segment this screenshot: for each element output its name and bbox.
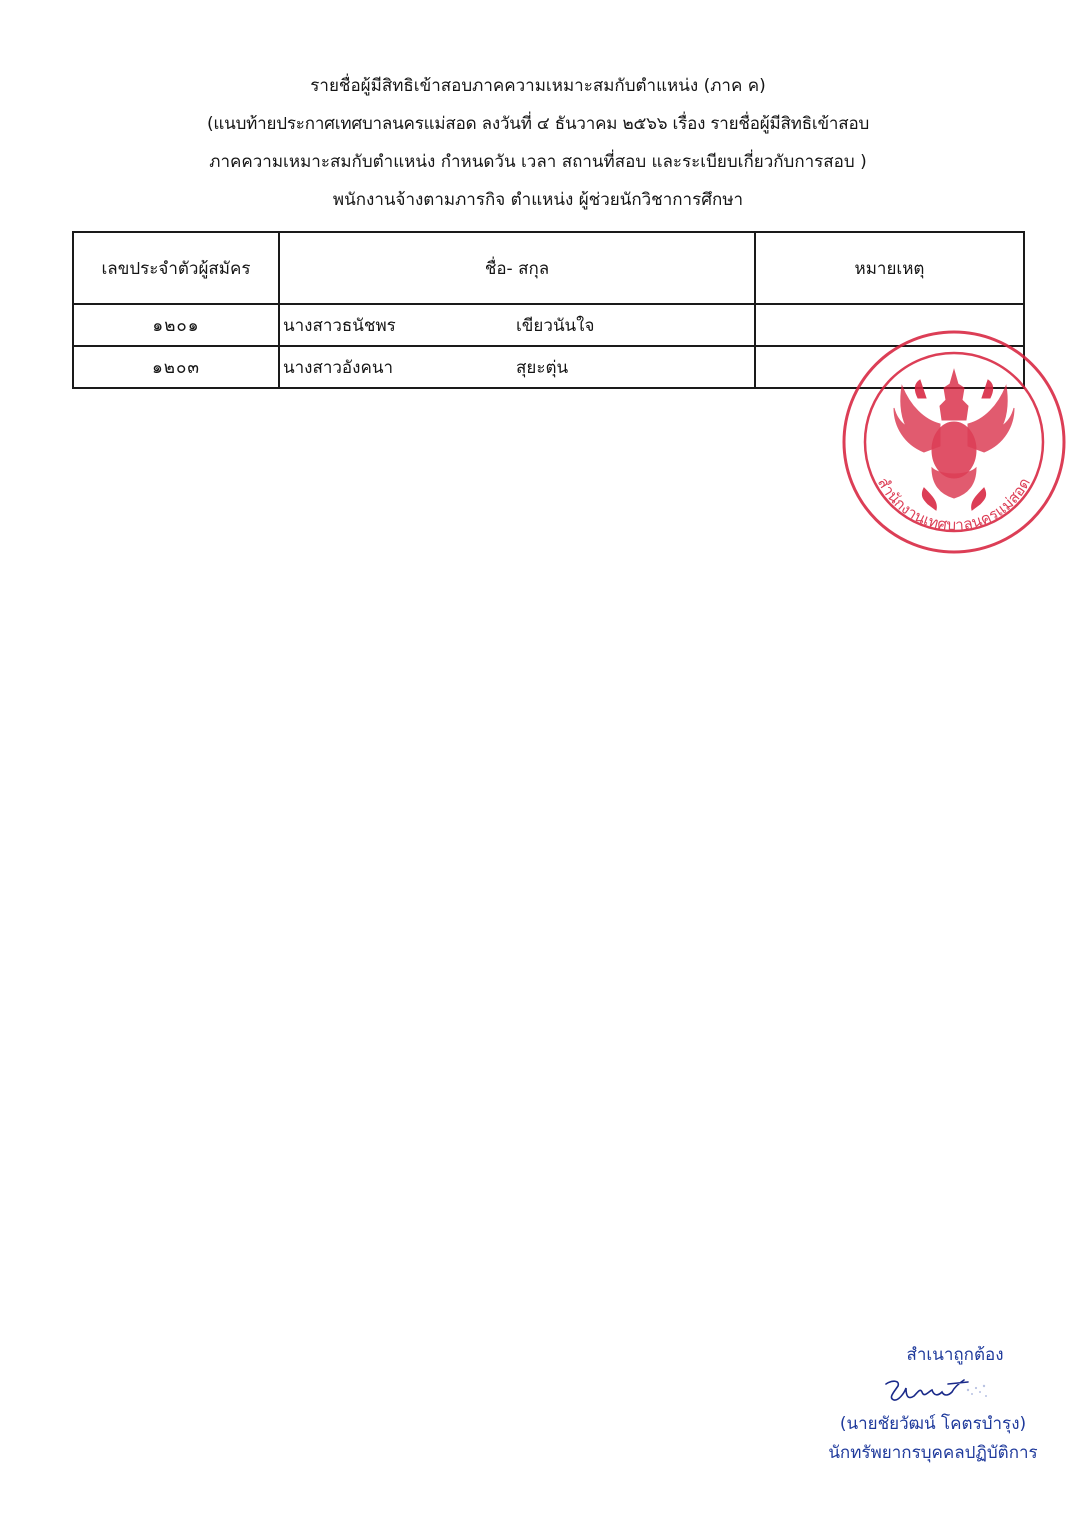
table-header-row: เลขประจำตัวผู้สมัคร ชื่อ- สกุล หมายเหตุ bbox=[73, 232, 1024, 304]
title-line-1: รายชื่อผู้มีสิทธิเข้าสอบภาคความเหมาะสมกั… bbox=[0, 67, 1076, 105]
header-remarks: หมายเหตุ bbox=[755, 232, 1024, 304]
signer-position: นักทรัพยากรบุคคลปฏิบัติการ bbox=[808, 1438, 1058, 1468]
last-name: สุยะตุ่น bbox=[516, 354, 568, 381]
applicant-id: ๑๒๐๓ bbox=[73, 346, 279, 388]
certified-copy-label: สำเนาถูกต้อง bbox=[830, 1340, 1076, 1370]
garuda-emblem-icon bbox=[894, 370, 1014, 510]
document-title: รายชื่อผู้มีสิทธิเข้าสอบภาคความเหมาะสมกั… bbox=[0, 67, 1076, 219]
header-full-name: ชื่อ- สกุล bbox=[279, 232, 755, 304]
full-name: นางสาวอังคนาสุยะตุ่น bbox=[279, 346, 755, 388]
header-applicant-id: เลขประจำตัวผู้สมัคร bbox=[73, 232, 279, 304]
official-seal: สำนักงานเทศบาลนครแม่สอด bbox=[840, 328, 1068, 556]
title-line-4: พนักงานจ้างตามภารกิจ ตำแหน่ง ผู้ช่วยนักว… bbox=[0, 181, 1076, 219]
title-line-2: (แนบท้ายประกาศเทศบาลนครแม่สอด ลงวันที่ ๔… bbox=[0, 105, 1076, 143]
first-name: นางสาวธนัชพร bbox=[283, 312, 516, 339]
garuda-seal-icon: สำนักงานเทศบาลนครแม่สอด bbox=[840, 328, 1068, 556]
last-name: เขียวนันใจ bbox=[516, 312, 594, 339]
title-line-3: ภาคความเหมาะสมกับตำแหน่ง กำหนดวัน เวลา ส… bbox=[0, 143, 1076, 181]
signer-name: (นายชัยวัฒน์ โคตรบำรุง) bbox=[808, 1410, 1058, 1438]
full-name: นางสาวธนัชพรเขียวนันใจ bbox=[279, 304, 755, 346]
applicant-id: ๑๒๐๑ bbox=[73, 304, 279, 346]
first-name: นางสาวอังคนา bbox=[283, 354, 516, 381]
signature-icon bbox=[808, 1370, 1058, 1410]
certification-block: สำเนาถูกต้อง (นายชัยวัฒน์ โคตรบำรุง) นัก… bbox=[808, 1340, 1058, 1468]
signature bbox=[808, 1370, 1058, 1410]
